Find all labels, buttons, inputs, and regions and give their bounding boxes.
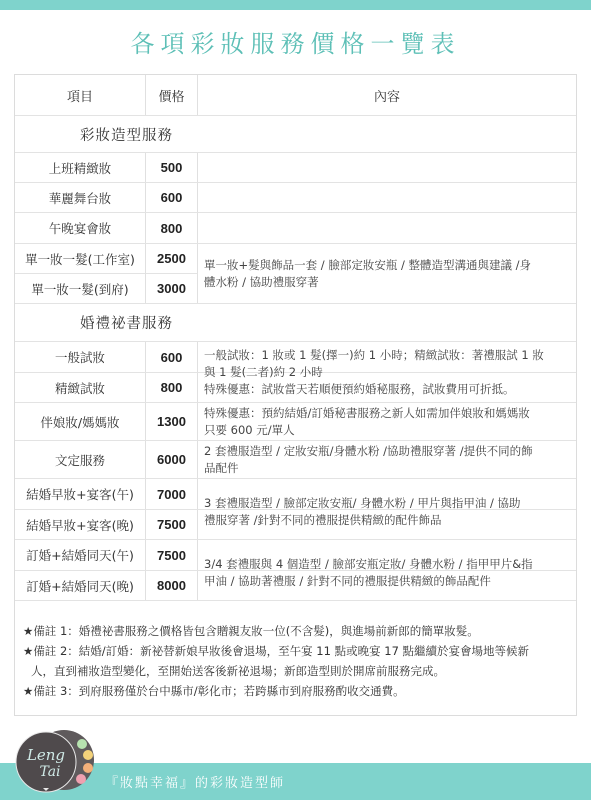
item-price: 600 <box>146 183 198 212</box>
top-accent-bar <box>0 0 591 10</box>
table-row: 華麗舞台妝 600 <box>15 183 576 213</box>
svg-text:Tai: Tai <box>39 764 60 780</box>
price-table: 項目 價格 內容 彩妝造型服務 上班精緻妝 500 華麗舞台妝 600 午晚宴會… <box>14 74 577 716</box>
item-description: 一般試妝：1 妝或 1 髮(擇一)約 1 小時；精緻試妝：著禮服試 1 妝 與 … <box>198 342 576 403</box>
item-description: 3 套禮服造型 / 臉部定妝安瓶/ 身體水粉 / 甲片與指甲油 / 協助 禮服穿… <box>198 479 576 540</box>
item-name: 午晚宴會妝 <box>15 213 146 243</box>
item-name: 一般試妝 <box>15 342 146 372</box>
item-name: 結婚早妝+宴客(晚) <box>15 510 146 539</box>
item-name: 文定服務 <box>15 441 146 478</box>
item-price: 1300 <box>146 403 198 440</box>
table-row: 上班精緻妝 500 <box>15 153 576 183</box>
item-name: 結婚早妝+宴客(午) <box>15 479 146 509</box>
item-name: 華麗舞台妝 <box>15 183 146 212</box>
description-line: 體水粉 / 協助禮服穿著 <box>204 274 319 291</box>
note-item: ★備註 1：婚禮祕書服務之價格皆包含贈親友妝一位(不含髮)，與進場前新郎的簡單妝… <box>23 621 568 641</box>
description-line: 品配件 <box>204 460 239 477</box>
svg-text:Leng: Leng <box>26 746 65 764</box>
item-price: 3000 <box>146 274 198 303</box>
page-title: 各項彩妝服務價格一覽表 <box>0 24 591 59</box>
header-price: 價格 <box>146 75 198 115</box>
note-item: ★備註 2：結婚/訂婚：新祕替新娘早妝後會退場，至午宴 11 點或晚宴 17 點… <box>23 641 568 681</box>
item-name: 單一妝一髮(工作室) <box>15 244 146 274</box>
description-line: 特殊優惠：預約結婚/訂婚秘書服務之新人如需加伴娘妝和媽媽妝 <box>204 405 530 422</box>
item-name: 上班精緻妝 <box>15 153 146 182</box>
item-price: 7500 <box>146 510 198 539</box>
item-price: 800 <box>146 373 198 402</box>
description-line: 只要 600 元/單人 <box>204 422 295 439</box>
description-line: 禮服穿著 /針對不同的禮服提供精緻的配件飾品 <box>204 512 442 529</box>
section-title: 婚禮祕書服務 <box>80 304 173 341</box>
table-row: 午晚宴會妝 800 <box>15 213 576 244</box>
description-line: 甲油 / 協助著禮服 / 針對不同的禮服提供精緻的飾品配件 <box>204 573 491 590</box>
item-price: 2500 <box>146 244 198 274</box>
item-price: 6000 <box>146 441 198 478</box>
description-line: 單一妝+髮與飾品一套 / 臉部定妝安瓶 / 整體造型溝通與建議 /身 <box>204 257 531 274</box>
description-line: 3 套禮服造型 / 臉部定妝安瓶/ 身體水粉 / 甲片與指甲油 / 協助 <box>204 495 521 512</box>
notes-section: ★備註 1：婚禮祕書服務之價格皆包含贈親友妝一位(不含髮)，與進場前新郎的簡單妝… <box>23 621 568 701</box>
item-price: 8000 <box>146 571 198 600</box>
item-name: 精緻試妝 <box>15 373 146 402</box>
footer-tagline: 『妝點幸福』的彩妝造型師 <box>105 772 285 791</box>
item-description: 單一妝+髮與飾品一套 / 臉部定妝安瓶 / 整體造型溝通與建議 /身 體水粉 /… <box>198 244 576 304</box>
palette-logo-icon: Leng Tai <box>14 728 104 794</box>
note-text: 備註 2：結婚/訂婚：新祕替新娘早妝後會退場，至午宴 11 點或晚宴 17 點繼… <box>33 644 529 658</box>
note-text: 人，直到補妝造型變化，至開始送客後新祕退場；新郎造型則於開席前服務完成。 <box>23 661 568 681</box>
star-icon: ★ <box>23 624 33 638</box>
description-line: 特殊優惠：試妝當天若順便預約婚秘服務，試妝費用可折抵。 <box>204 381 515 398</box>
item-price: 7500 <box>146 540 198 570</box>
description-line: 與 1 髮(二者)約 2 小時 <box>204 364 323 381</box>
item-name: 訂婚+結婚同天(晚) <box>15 571 146 600</box>
note-text: 備註 1：婚禮祕書服務之價格皆包含贈親友妝一位(不含髮)，與進場前新郎的簡單妝髮… <box>33 624 478 638</box>
description-line: 3/4 套禮服與 4 個造型 / 臉部安瓶定妝/ 身體水粉 / 指甲甲片&指 <box>204 556 533 573</box>
item-description: 特殊優惠：預約結婚/訂婚秘書服務之新人如需加伴娘妝和媽媽妝 只要 600 元/單… <box>198 403 576 441</box>
item-name: 訂婚+結婚同天(午) <box>15 540 146 570</box>
item-price: 600 <box>146 342 198 372</box>
item-price: 800 <box>146 213 198 243</box>
table-header-row: 項目 價格 內容 <box>15 75 576 116</box>
star-icon: ★ <box>23 644 33 658</box>
section-title: 彩妝造型服務 <box>80 116 173 152</box>
description-line: 2 套禮服造型 / 定妝安瓶/身體水粉 /協助禮服穿著 /提供不同的飾 <box>204 443 533 460</box>
item-price: 7000 <box>146 479 198 509</box>
item-description: 2 套禮服造型 / 定妝安瓶/身體水粉 /協助禮服穿著 /提供不同的飾 品配件 <box>198 441 576 479</box>
section-header-makeup: 彩妝造型服務 <box>15 116 576 153</box>
note-text: 備註 3：到府服務僅於台中縣市/彰化市；若跨縣市到府服務酌收交通費。 <box>33 684 404 698</box>
item-name: 伴娘妝/媽媽妝 <box>15 403 146 440</box>
header-item: 項目 <box>15 75 146 115</box>
description-line: 一般試妝：1 妝或 1 髮(擇一)約 1 小時；精緻試妝：著禮服試 1 妝 <box>204 347 544 364</box>
brand-logo: Leng Tai <box>14 728 104 794</box>
star-icon: ★ <box>23 684 33 698</box>
section-header-bridal: 婚禮祕書服務 <box>15 304 576 342</box>
item-name: 單一妝一髮(到府) <box>15 274 146 303</box>
header-content: 內容 <box>198 75 576 115</box>
item-price: 500 <box>146 153 198 182</box>
item-description: 3/4 套禮服與 4 個造型 / 臉部安瓶定妝/ 身體水粉 / 指甲甲片&指 甲… <box>198 540 576 601</box>
note-item: ★備註 3：到府服務僅於台中縣市/彰化市；若跨縣市到府服務酌收交通費。 <box>23 681 568 701</box>
